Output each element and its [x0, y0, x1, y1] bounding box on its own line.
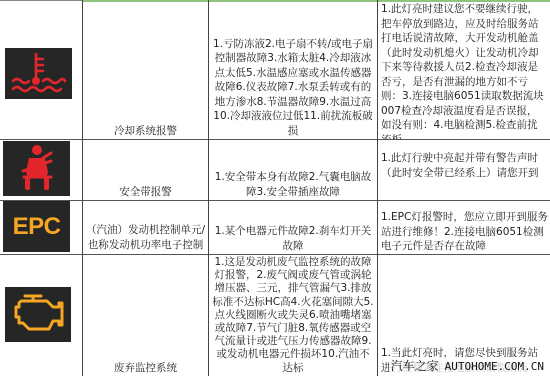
- advice-cell: 1.此灯行驶中亮起并带有警告声时（此时安全带已经系上）请您开到: [377, 139, 550, 200]
- warning-name: （汽油）发动机控制单元/也称发动机功率电子控制: [85, 223, 206, 253]
- repair-advice: 1.此灯亮时建议您不要继续行驶，把车停放到路边，应及时给服务站打电话说清故障，大…: [381, 2, 548, 139]
- fault-causes: 1.亏防冻液2.电子扇不转/或电子扇控制器故障3.水箱太脏4.冷却液冰点太低5.…: [212, 37, 374, 139]
- warning-name: 冷却系统报警: [85, 124, 206, 138]
- causes-cell: 1.亏防冻液2.电子扇不转/或电子扇控制器故障3.水箱太脏4.冷却液冰点太低5.…: [208, 0, 377, 139]
- icon-cell: [0, 0, 82, 139]
- warning-light-table: 冷却系统报警 1.亏防冻液2.电子扇不转/或电子扇控制器故障3.水箱太脏4.冷却…: [0, 0, 550, 376]
- icon-cell: EPC: [0, 200, 82, 254]
- coolant-temperature-icon: [5, 48, 72, 99]
- icon-cell: [0, 139, 82, 200]
- icon-cell: [0, 254, 82, 376]
- autohome-watermark: 汽车之家AUTOHOME.COM.CN: [389, 357, 546, 374]
- warning-name: 安全带报警: [85, 185, 206, 199]
- table-row-epc: EPC （汽油）发动机控制单元/也称发动机功率电子控制 1.某个电器元件故障2.…: [0, 200, 550, 255]
- repair-advice: 1.EPC灯报警时，您应立即开到服务站进行维修！2.连接电脑6051检测电子元件…: [381, 210, 548, 254]
- causes-cell: 1.这是发动机废气监控系统的故障灯报警，2.废气阀或废气管或涡轮增压器、三元，排…: [208, 254, 377, 376]
- check-engine-icon: [5, 287, 71, 342]
- warning-name: 废弃监控系统: [85, 361, 206, 375]
- fault-causes: 1.这是发动机废气监控系统的故障灯报警，2.废气阀或废气管或涡轮增压器、三元，排…: [212, 256, 374, 375]
- name-cell: 冷却系统报警: [82, 0, 208, 139]
- causes-cell: 1.某个电器元件故障2.刹车灯开关故障: [208, 200, 377, 254]
- name-cell: （汽油）发动机控制单元/也称发动机功率电子控制: [82, 200, 208, 254]
- epc-icon: EPC: [3, 201, 70, 252]
- table-row-seatbelt: 安全带报警 1.安全带本身有故障2.气囊电脑故障3.安全带插座故障 1.此灯行驶…: [0, 139, 550, 201]
- watermark-en: AUTOHOME.COM.CN: [445, 360, 544, 373]
- table-row-coolant: 冷却系统报警 1.亏防冻液2.电子扇不转/或电子扇控制器故障3.水箱太脏4.冷却…: [0, 0, 550, 140]
- watermark-cn: 汽车之家: [391, 359, 439, 373]
- name-cell: 废弃监控系统: [82, 254, 208, 376]
- repair-advice: 1.此灯行驶中亮起并带有警告声时（此时安全带已经系上）请您开到: [381, 151, 548, 180]
- fault-causes: 1.某个电器元件故障2.刹车灯开关故障: [212, 224, 374, 253]
- seatbelt-icon: [3, 141, 70, 196]
- advice-cell: 1.EPC灯报警时，您应立即开到服务站进行维修！2.连接电脑6051检测电子元件…: [377, 200, 550, 254]
- epc-icon-label: EPC: [3, 213, 70, 241]
- fault-causes: 1.安全带本身有故障2.气囊电脑故障3.安全带插座故障: [212, 170, 374, 199]
- causes-cell: 1.安全带本身有故障2.气囊电脑故障3.安全带插座故障: [208, 139, 377, 200]
- advice-cell: 1.此灯亮时建议您不要继续行驶，把车停放到路边，应及时给服务站打电话说清故障，大…: [377, 0, 550, 139]
- name-cell: 安全带报警: [82, 139, 208, 200]
